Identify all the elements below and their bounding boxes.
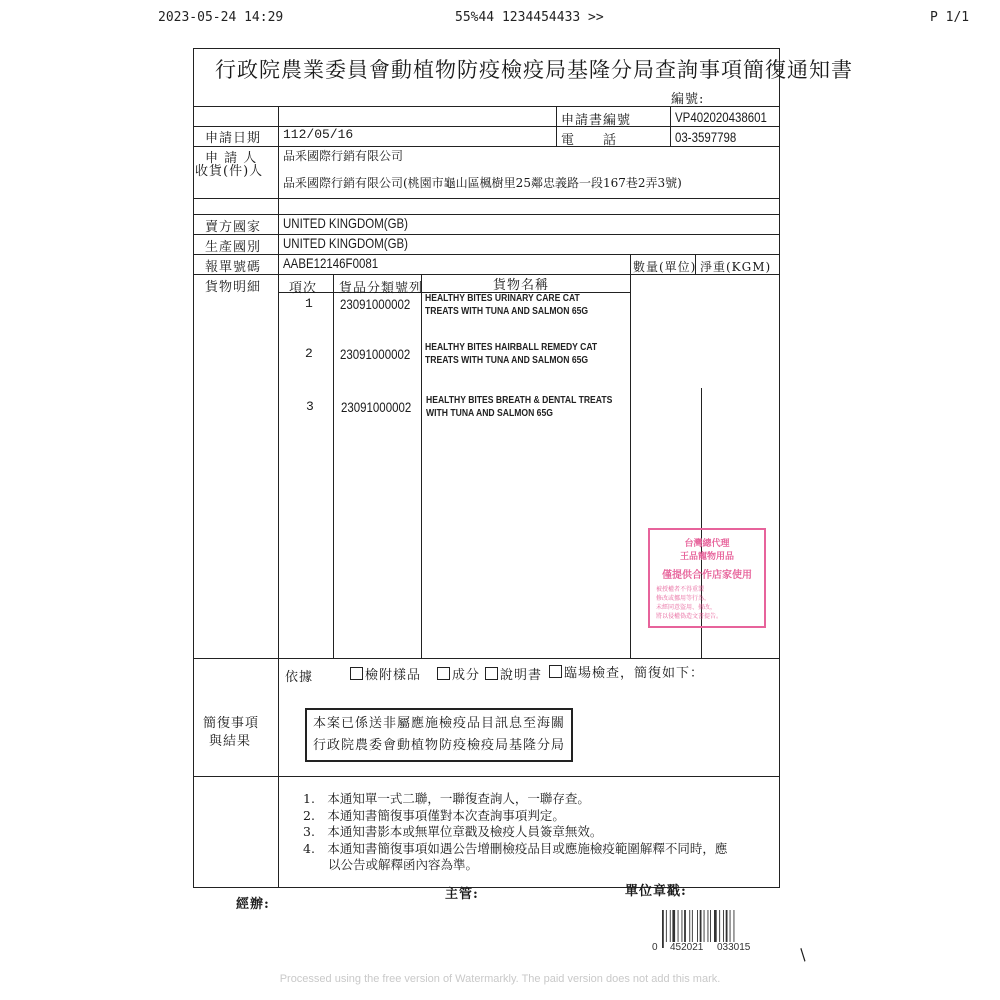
reply-label-line1: 簡復事項 [203,712,259,731]
barcode-group1: 452021 [668,942,705,953]
checkbox-icon[interactable] [485,667,498,680]
applicant: 品釆國際行銷有限公司 [283,147,403,164]
consignee: 品釆國際行銷有限公司(桃園市龜山區楓樹里25鄰忠義路一段167巷2弄3號) [283,174,682,191]
option-manual[interactable]: 說明書 [485,664,542,683]
option-sample[interactable]: 檢附樣品 [350,664,421,683]
checkbox-icon[interactable] [549,665,562,678]
seal-line2: 行政院農委會動植物防疫檢疫局基隆分局 [313,735,565,757]
row-code: 23091000002 [340,296,410,312]
phone: 03-3597798 [675,129,736,145]
pen-mark: / [795,945,810,964]
option-label: 臨場檢查，簡復如下： [564,666,704,681]
stamp-fineprint: 被授權者不得重製 修改或挪用等行為， 未經同意盜用、擅改， 將以侵權偽造文書提告… [656,585,764,621]
stamp-fineprint-line: 將以侵權偽造文書提告。 [656,612,764,621]
col-header-qty: 數量(單位) [633,258,696,275]
stamp-line3: 僅提供合作店家使用 [650,566,764,581]
row-item: 2 [305,346,313,361]
application-no: VP402020438601 [675,109,767,125]
row-name-line2: TREATS WITH TUNA AND SALMON 65G [425,305,588,318]
row-item: 3 [306,399,314,414]
seal-line1: 本案已係送非屬應施檢疫品目訊息至海關 [313,713,565,735]
barcode-left-digit: 0 [652,942,658,953]
row-name-line1: HEALTHY BITES BREATH & DENTAL TREATS [426,394,612,407]
document-title: 行政院農業委員會動植物防疫檢疫局基隆分局查詢事項簡復通知書 [215,54,853,84]
row-name-line2: WITH TUNA AND SALMON 65G [426,407,553,420]
option-label: 成分 [452,668,480,683]
row-code: 23091000002 [341,399,411,415]
row-name-line2: TREATS WITH TUNA AND SALMON 65G [425,354,588,367]
col-header-weight: 淨重(KGM) [700,258,771,275]
row-name-line1: HEALTHY BITES URINARY CARE CAT [425,292,580,305]
stamp-fineprint-line: 被授權者不得重製 [656,585,764,594]
watermark: Processed using the free version of Wate… [0,973,1000,985]
origin-country-label: 生產國別 [205,236,261,255]
application-no-label: 申請書編號 [561,109,631,128]
note-item: 2. 本通知書簡復事項僅對本次查詢事項判定。 [303,808,727,825]
fax-timestamp: 2023-05-24 14:29 [158,10,283,25]
reply-label-line2: 與結果 [209,730,251,749]
application-date: 112/05/16 [283,127,353,142]
row-item: 1 [305,296,313,311]
option-ingredients[interactable]: 成分 [437,664,480,683]
checkbox-icon[interactable] [350,667,363,680]
option-label: 說明書 [500,668,542,683]
barcode-group2: 033015 [715,942,752,953]
stamp-line2: 王品寵物用品 [650,549,764,562]
declaration-no: AABE12146F0081 [283,255,378,271]
serial-label: 編號: [671,88,704,107]
origin-country: UNITED KINGDOM(GB) [283,235,408,251]
application-date-label: 申請日期 [205,127,261,146]
basis-label: 依據 [285,666,313,685]
option-label: 檢附樣品 [365,668,421,683]
note-item: 以公告或解釋函內容為準。 [303,857,727,874]
goods-detail-label: 貨物明細 [205,276,261,295]
declaration-no-label: 報單號碼 [205,256,261,275]
official-seal: 本案已係送非屬應施檢疫品目訊息至海關 行政院農委會動植物防疫檢疫局基隆分局 [305,708,573,762]
col-header-name: 貨物名稱 [493,274,549,293]
fax-header: 2023-05-24 14:29 55%44 1234454433 >> P 1… [0,10,1000,30]
notes-list: 1. 本通知單一式二聯，一聯復查詢人，一聯存查。 2. 本通知書簡復事項僅對本次… [303,791,727,874]
unit-seal-label: 單位章戳: [625,880,687,899]
stamp-fineprint-line: 未經同意盜用、擅改， [656,603,764,612]
col-header-item: 項次 [289,277,317,296]
checkbox-icon[interactable] [437,667,450,680]
option-inspection[interactable]: 臨場檢查，簡復如下： [549,662,704,681]
seller-country: UNITED KINGDOM(GB) [283,215,408,231]
stamp-line1: 台灣總代理 [650,536,764,549]
handler-signature-label: 經辦: [236,893,270,912]
note-item: 4. 本通知書簡復事項如遇公告增刪檢疫品目或應施檢疫範圍解釋不同時，應 [303,841,727,858]
consignee-label: 收貨(件)人 [195,160,263,179]
fax-number: 55%44 1234454433 >> [455,10,604,25]
note-item: 3. 本通知書影本或無單位章戳及檢疫人員簽章無效。 [303,824,727,841]
notification-form: 行政院農業委員會動植物防疫檢疫局基隆分局查詢事項簡復通知書 編號: 申請日期 1… [193,48,780,888]
fax-page: P 1/1 [930,10,969,25]
note-item: 1. 本通知單一式二聯，一聯復查詢人，一聯存查。 [303,791,727,808]
stamp-fineprint-line: 修改或挪用等行為， [656,594,764,603]
col-header-code: 貨品分類號列 [339,277,423,296]
row-name-line1: HEALTHY BITES HAIRBALL REMEDY CAT [425,341,597,354]
row-code: 23091000002 [340,346,410,362]
distributor-stamp: 台灣總代理 王品寵物用品 僅提供合作店家使用 被授權者不得重製 修改或挪用等行為… [648,528,766,628]
supervisor-signature-label: 主管: [445,883,479,902]
seller-country-label: 賣方國家 [205,216,261,235]
phone-label: 電 話 [561,129,617,148]
